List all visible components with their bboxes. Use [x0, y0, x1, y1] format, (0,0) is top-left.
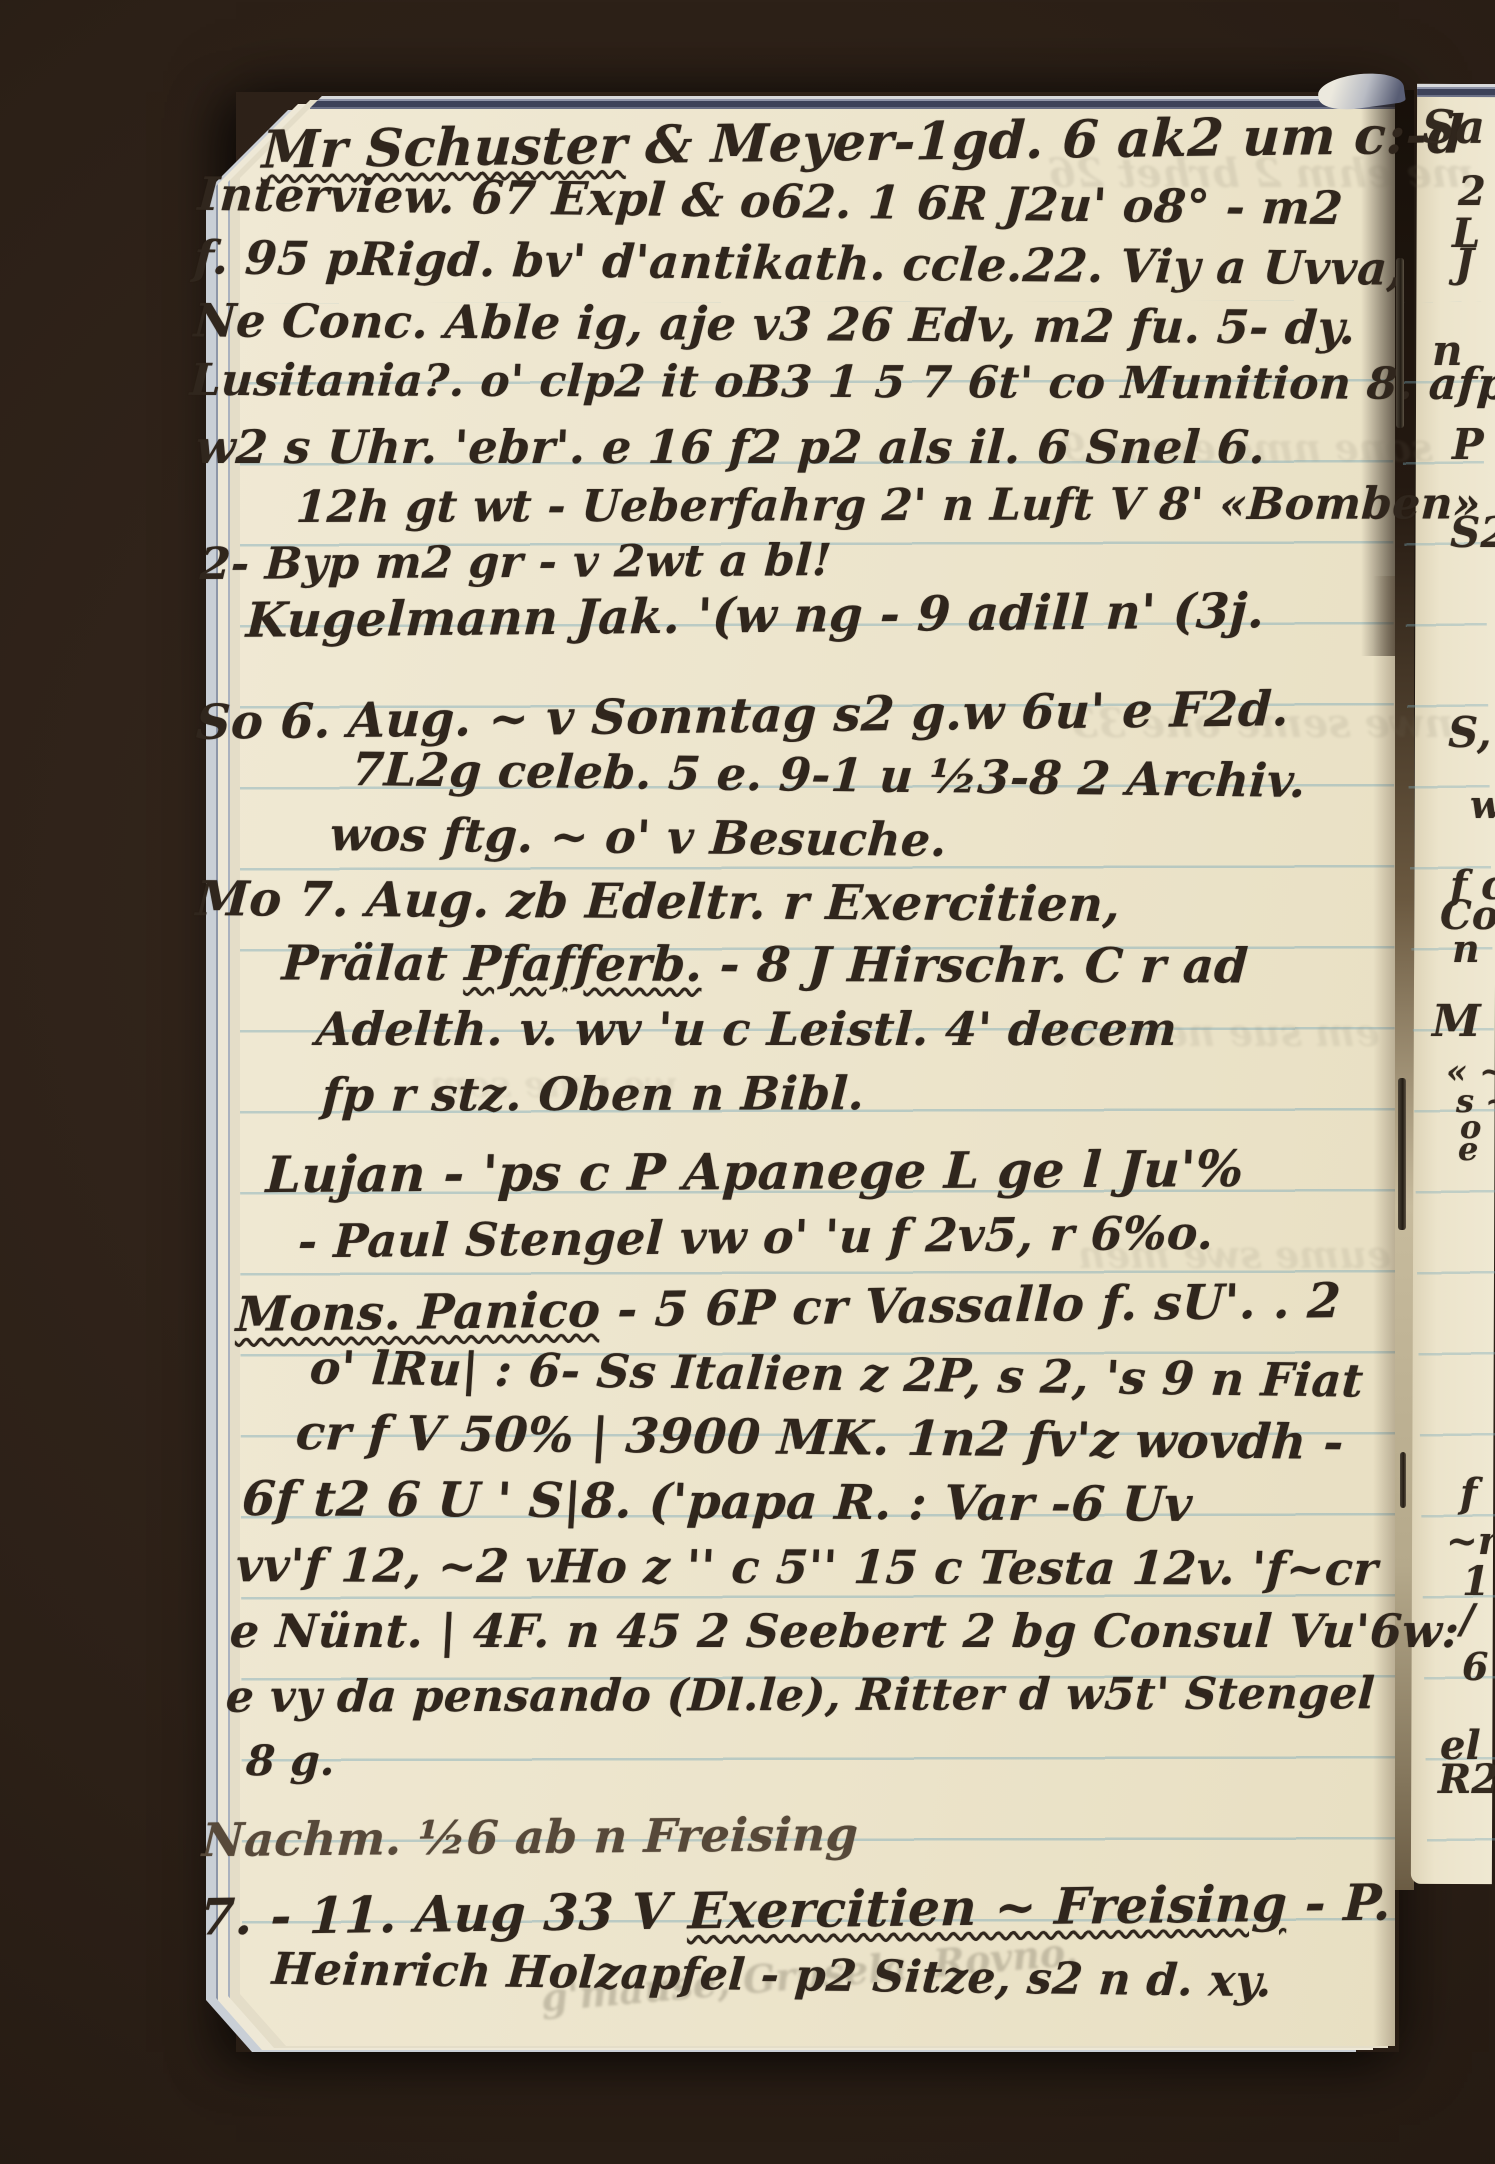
- binding-mark: [1400, 1452, 1406, 1508]
- binding-mark: [1398, 1078, 1406, 1230]
- binding-marks: [0, 0, 1495, 2164]
- notebook-scene: me ehm 2 brhet 26sone nme eume 9nwe seme…: [0, 0, 1495, 2164]
- binding-mark: [1396, 258, 1404, 428]
